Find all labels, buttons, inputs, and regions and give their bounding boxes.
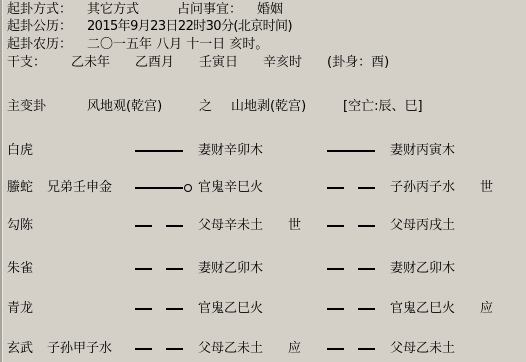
changed-gua-name: 山地剥(乾宫) [231,99,306,115]
hidden-yao: 兄弟壬申金 [47,180,112,196]
changed-yao-text: 父母乙未土 [390,341,455,357]
ganzhi-month: 乙酉月 [135,55,174,71]
method-label: 起卦方式： [7,2,72,18]
main-yin-segment [166,308,183,310]
changed-yin-segment [327,268,344,270]
main-yin-segment [166,225,183,227]
changed-yao-text: 父母丙戌土 [390,218,455,234]
ganzhi-year: 乙未年 [71,55,110,71]
six-beast-label: 勾陈 [7,218,33,234]
main-yin-segment [135,268,152,270]
moving-yao-circle-icon [184,184,192,192]
changed-yin-segment [358,348,375,350]
changed-yin-segment [327,225,344,227]
gua-label: 主变卦 [7,99,46,115]
lunar-label: 起卦农历： [7,37,72,53]
main-yao-text: 官鬼乙巳火 [198,301,263,317]
main-yin-segment [135,225,152,227]
lunar-value: 二〇一五年 八月 十一日 亥时。 [87,37,268,53]
solar-label: 起卦公历： [7,19,72,35]
changed-yao-text: 子孙丙子水 [390,180,455,196]
matter-label: 占问事宜： [177,2,242,18]
changed-yang-line [327,150,375,152]
window-left-highlight [2,0,3,362]
main-yang-line [135,150,183,152]
changed-yin-segment [358,308,375,310]
six-beast-label: 白虎 [7,143,33,159]
main-yao-text: 父母辛未土 [198,218,263,234]
main-yao-text: 官鬼辛巳火 [198,180,263,196]
main-gua-name: 风地观(乾宫) [87,99,162,115]
changed-yin-segment [358,225,375,227]
kongwang: [空亡:辰、巳] [343,99,423,115]
matter-value: 婚姻 [257,2,283,18]
main-yao-text: 父母乙未土 [198,341,263,357]
gua-connector: 之 [199,99,212,115]
method-value: 其它方式 [87,2,139,18]
changed-yao-text: 妻财乙卯木 [390,261,455,277]
main-yang-line [135,187,183,189]
six-beast-label: 螣蛇 [7,180,33,196]
gua-shen: (卦身：酉) [327,55,389,71]
main-yao-shiying: 应 [288,341,301,357]
hidden-yao: 子孙甲子水 [47,341,112,357]
main-yao-text: 妻财乙卯木 [198,261,263,277]
six-beast-label: 青龙 [7,301,33,317]
main-yin-segment [135,308,152,310]
main-yao-shiying: 世 [288,218,301,234]
changed-yin-segment [358,187,375,189]
ganzhi-day: 壬寅日 [199,55,238,71]
changed-yao-shiying: 世 [480,180,493,196]
changed-yao-text: 妻财丙寅木 [390,143,455,159]
changed-yao-shiying: 应 [480,301,493,317]
changed-yin-segment [327,308,344,310]
six-beast-label: 朱雀 [7,261,33,277]
main-yin-segment [166,348,183,350]
main-yao-text: 妻财辛卯木 [198,143,263,159]
changed-yin-segment [327,348,344,350]
ganzhi-label: 干支： [7,55,46,71]
changed-yao-text: 官鬼乙巳火 [390,301,455,317]
changed-yin-segment [358,268,375,270]
main-yin-segment [135,348,152,350]
solar-value: 2015年9月23日22时30分(北京时间) [87,19,292,35]
changed-yin-segment [327,187,344,189]
six-beast-label: 玄武 [7,341,33,357]
main-yin-segment [166,268,183,270]
ganzhi-hour: 辛亥时 [263,55,302,71]
